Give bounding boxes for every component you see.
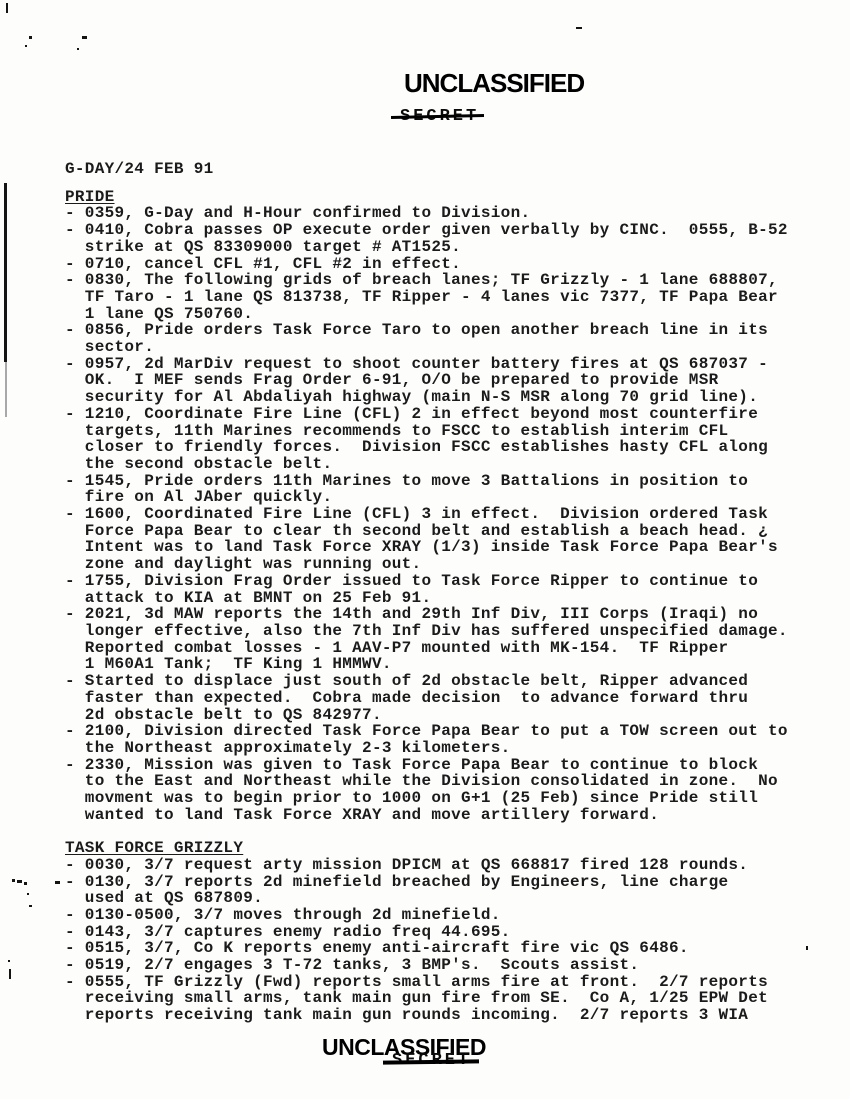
scan-artifact — [6, 3, 8, 13]
scan-artifact — [24, 882, 27, 885]
scan-artifact — [27, 893, 29, 895]
log-entry: - 2021, 3d MAW reports the 14th and 29th… — [65, 606, 825, 673]
log-entry: - 1600, Coordinated Fire Line (CFL) 3 in… — [65, 506, 825, 573]
log-entry: - 0515, 3/7, Co K reports enemy anti-air… — [65, 940, 825, 957]
log-entry: - 1755, Division Frag Order issued to Ta… — [65, 573, 825, 606]
scan-artifact — [25, 45, 27, 47]
scan-artifact — [4, 183, 7, 362]
sections: PRIDE- 0359, G-Day and H-Hour confirmed … — [65, 189, 825, 1024]
log-entry: - 2330, Mission was given to Task Force … — [65, 757, 825, 824]
date-heading: G-DAY/24 FEB 91 — [65, 161, 825, 178]
log-entry: - 1545, Pride orders 11th Marines to mov… — [65, 473, 825, 506]
scan-artifact — [29, 36, 32, 39]
scan-artifact — [12, 879, 15, 882]
document-body: G-DAY/24 FEB 91 PRIDE- 0359, G-Day and H… — [65, 161, 825, 1024]
log-entry: - 0030, 3/7 request arty mission DPICM a… — [65, 857, 825, 874]
document-page: UNCLASSIFIED SECRET G-DAY/24 FEB 91 PRID… — [0, 0, 850, 1099]
log-entry: - 0555, TF Grizzly (Fwd) reports small a… — [65, 974, 825, 1024]
log-entry: - 2100, Division directed Task Force Pap… — [65, 723, 825, 756]
unclassified-stamp-top: UNCLASSIFIED — [404, 70, 584, 96]
log-entry: - 0130-0500, 3/7 moves through 2d minefi… — [65, 907, 825, 924]
log-entry: - 0710, cancel CFL #1, CFL #2 in effect. — [65, 256, 825, 273]
scan-artifact — [55, 881, 60, 884]
scan-artifact — [17, 880, 22, 883]
section-title: PRIDE — [65, 189, 825, 206]
scan-artifact — [82, 36, 87, 39]
scan-artifact — [77, 48, 79, 50]
log-entry: - 0130, 3/7 reports 2d minefield breache… — [65, 874, 825, 907]
log-entry: - 1210, Coordinate Fire Line (CFL) 2 in … — [65, 406, 825, 473]
log-section: PRIDE- 0359, G-Day and H-Hour confirmed … — [65, 189, 825, 824]
section-title: TASK FORCE GRIZZLY — [65, 840, 825, 857]
scan-artifact — [29, 905, 32, 907]
log-entry: - 0410, Cobra passes OP execute order gi… — [65, 222, 825, 255]
log-entry: - 0359, G-Day and H-Hour confirmed to Di… — [65, 205, 825, 222]
scan-artifact — [576, 27, 582, 29]
log-section: TASK FORCE GRIZZLY- 0030, 3/7 request ar… — [65, 840, 825, 1024]
log-entry: - Started to displace just south of 2d o… — [65, 673, 825, 723]
scan-artifact — [5, 362, 7, 417]
log-entry: - 0519, 2/7 engages 3 T-72 tanks, 3 BMP'… — [65, 957, 825, 974]
log-entry: - 0856, Pride orders Task Force Taro to … — [65, 322, 825, 355]
scan-artifact — [8, 960, 10, 962]
log-entry: - 0830, The following grids of breach la… — [65, 272, 825, 322]
log-entry: - 0957, 2d MarDiv request to shoot count… — [65, 356, 825, 406]
scan-artifact — [9, 969, 11, 979]
log-entry: - 0143, 3/7 captures enemy radio freq 44… — [65, 924, 825, 941]
